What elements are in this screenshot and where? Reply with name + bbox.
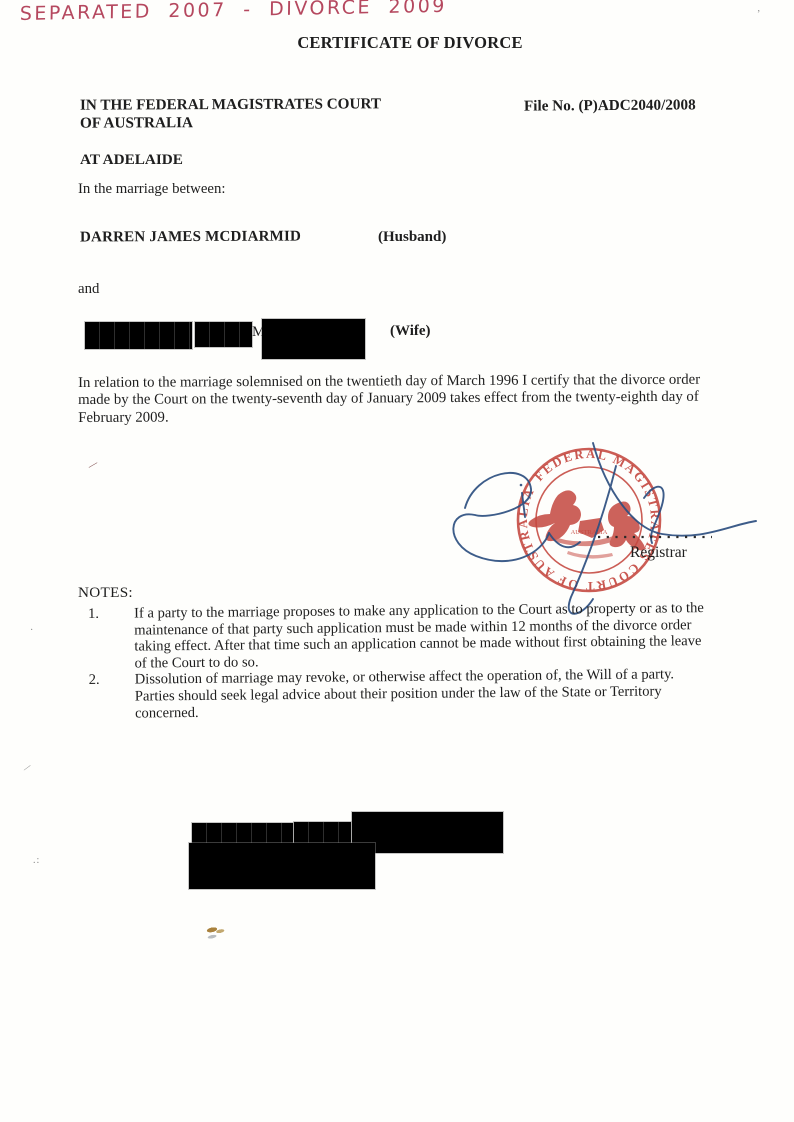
scan-speck: ∕ xyxy=(90,460,96,470)
court-location: AT ADELAIDE xyxy=(80,151,183,169)
redaction-box-wife-2 xyxy=(195,322,252,347)
note-text: Dissolution of marriage may revoke, or o… xyxy=(135,666,713,721)
note-number: 1. xyxy=(88,606,134,623)
document-title: CERTIFICATE OF DIVORCE xyxy=(13,33,794,53)
scan-speck: ∕ xyxy=(24,764,29,774)
redaction-box-wife-3 xyxy=(262,319,365,359)
coat-of-arms-icon xyxy=(528,490,644,558)
seal-center-text: AUSTRALIA xyxy=(571,529,608,536)
court-name-line1: IN THE FEDERAL MAGISTRATES COURT xyxy=(80,95,381,114)
wife-label: (Wife) xyxy=(390,323,431,340)
marriage-intro: In the marriage between: xyxy=(78,181,226,198)
court-seal-and-signature: FEDERAL MAGISTRATES COURT OF AUSTRALIA A… xyxy=(430,433,770,628)
redaction-box-bottom-large xyxy=(189,843,375,889)
scan-speck: ʼ xyxy=(757,10,760,20)
scan-smudge xyxy=(201,921,230,941)
file-number: File No. (P)ADC2040/2008 xyxy=(524,96,696,115)
handwritten-note: SEPARATED 2007 - DIVORCE 2009 xyxy=(20,0,447,25)
redaction-box-bottom-mid-1 xyxy=(192,823,293,845)
note-text: If a party to the marriage proposes to m… xyxy=(134,600,713,672)
redaction-box-wife-1 xyxy=(85,322,192,349)
husband-name: DARREN JAMES MCDIARMID xyxy=(80,229,301,247)
registrar-label: Registrar xyxy=(630,544,688,561)
scan-speck: .: xyxy=(33,856,40,866)
court-name: IN THE FEDERAL MAGISTRATES COURT OF AUST… xyxy=(80,95,381,132)
scan-speck: · xyxy=(30,626,33,636)
court-name-line2: OF AUSTRALIA xyxy=(80,113,381,132)
redaction-box-bottom-mid-2 xyxy=(294,822,351,844)
certification-paragraph: In relation to the marriage solemnised o… xyxy=(78,372,726,428)
notes-heading: NOTES: xyxy=(78,584,133,602)
note-item-2: 2. Dissolution of marriage may revoke, o… xyxy=(89,666,729,722)
note-item-1: 1. If a party to the marriage proposes t… xyxy=(88,600,729,673)
note-number: 2. xyxy=(89,672,135,689)
conjunction-and: and xyxy=(78,281,99,298)
husband-label: (Husband) xyxy=(378,229,446,246)
notes-list: 1. If a party to the marriage proposes t… xyxy=(88,600,729,722)
